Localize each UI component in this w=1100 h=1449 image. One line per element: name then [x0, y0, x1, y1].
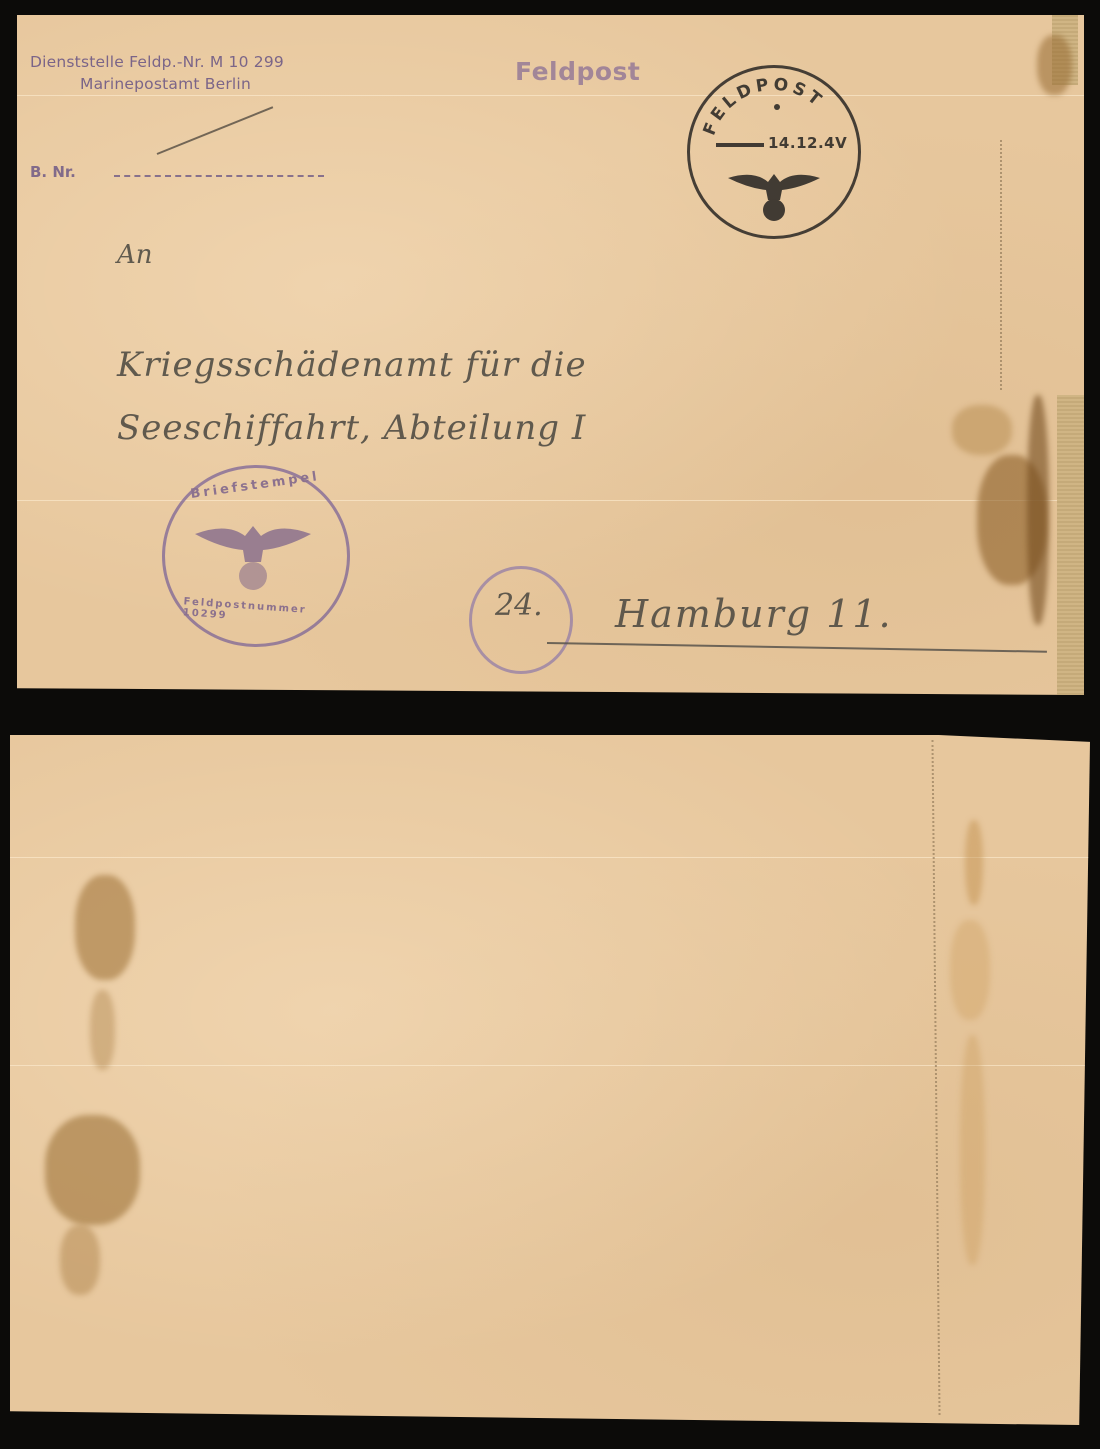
- sender-line-1: Dienststelle Feldp.-Nr. M 10 299: [30, 51, 284, 73]
- fold-line: [10, 857, 1090, 858]
- address-line-1: Kriegsschädenamt für die: [117, 345, 587, 385]
- address-salutation: An: [117, 240, 153, 270]
- postmark-dot-icon: [774, 104, 780, 110]
- tape-strip: [1057, 395, 1084, 695]
- stain: [60, 1225, 100, 1295]
- torn-edge: [1000, 140, 1002, 390]
- stain: [1037, 35, 1072, 95]
- address-line-2: Seeschiffahrt, Abteilung I: [117, 408, 586, 448]
- feldpost-postmark: FELDPOST 14.12.4V: [687, 65, 861, 239]
- flap-edge: [931, 740, 940, 1415]
- fold-line: [10, 1065, 1090, 1066]
- reference-label: B. Nr.: [30, 163, 76, 181]
- reference-line: [114, 175, 324, 177]
- svg-text:FELDPOST: FELDPOST: [700, 74, 828, 138]
- address-city: Hamburg 11.: [615, 592, 893, 636]
- official-seal: Briefstempel Feldpostnummer 10299: [162, 465, 350, 647]
- fold-line: [17, 95, 1084, 96]
- reference-strike: [157, 106, 274, 155]
- stain: [90, 990, 115, 1070]
- postmark-arc-icon: FELDPOST: [690, 68, 858, 236]
- stain: [75, 875, 135, 980]
- sender-stamp: Dienststelle Feldp.-Nr. M 10 299 Marinep…: [30, 51, 284, 95]
- sender-line-2: Marinepostamt Berlin: [30, 73, 284, 95]
- envelope-front: Dienststelle Feldp.-Nr. M 10 299 Marinep…: [17, 15, 1084, 695]
- stain: [952, 405, 1012, 455]
- stain: [1027, 395, 1049, 625]
- city-underline: [547, 642, 1047, 653]
- postal-district: 24.: [495, 588, 543, 623]
- feldpost-mark: Feldpost: [515, 57, 640, 86]
- stain: [960, 1035, 985, 1265]
- envelope-back: [10, 735, 1090, 1425]
- stain: [45, 1115, 140, 1225]
- postmark-date: 14.12.4V: [768, 134, 847, 152]
- postmark-bar: [716, 143, 764, 147]
- stain: [965, 820, 983, 905]
- stain: [950, 920, 990, 1020]
